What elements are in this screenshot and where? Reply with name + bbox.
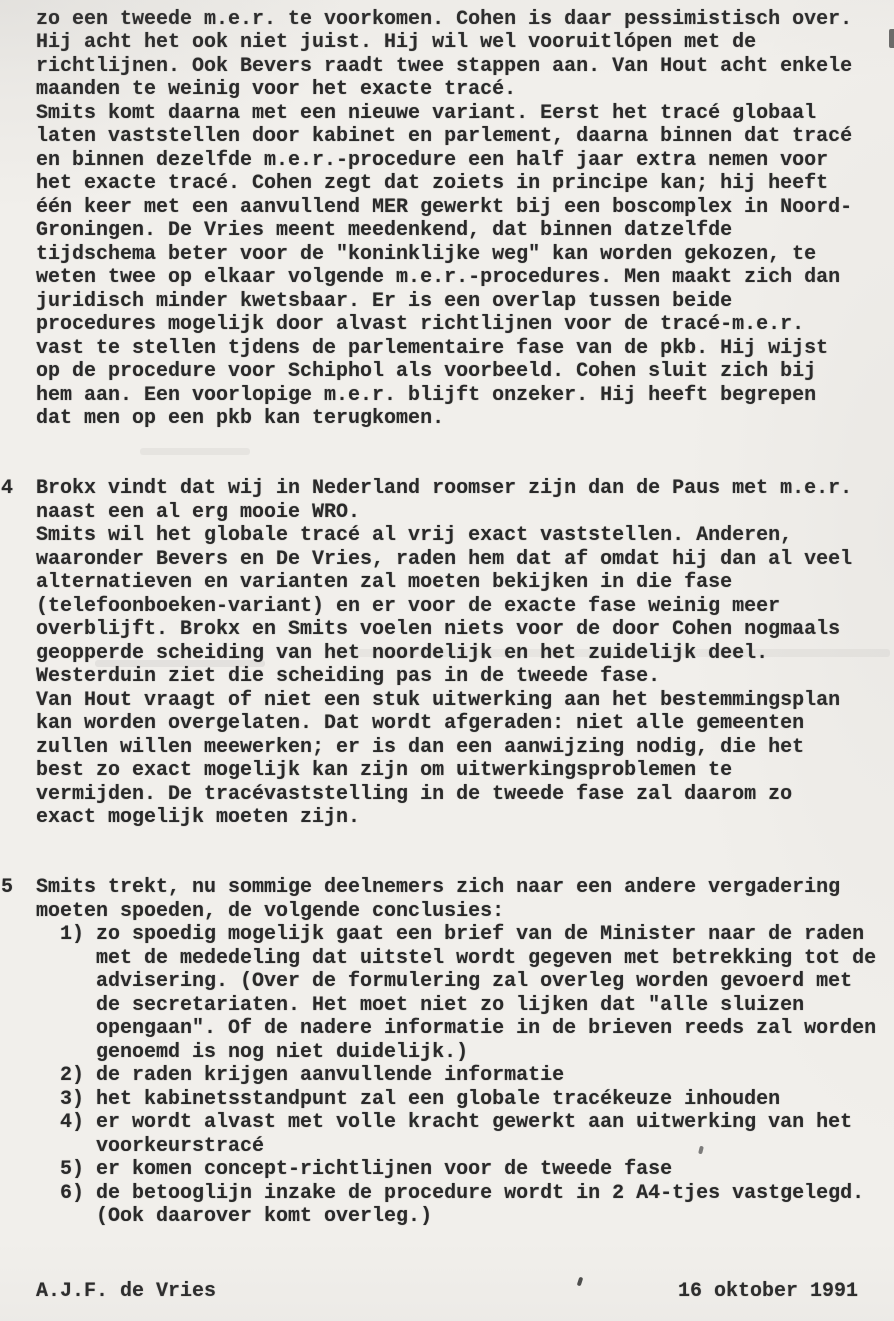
author-name: A.J.F. de Vries <box>36 1280 216 1303</box>
text-line: moeten spoeden, de volgende conclusies: <box>36 900 894 923</box>
text-line: Smits wil het globale tracé al vrij exac… <box>36 524 894 547</box>
scanned-document-page: zo een tweede m.e.r. te voorkomen. Cohen… <box>0 0 894 1321</box>
text-line: juridisch minder kwetsbaar. Er is een ov… <box>36 290 894 313</box>
text-line: laten vaststellen door kabinet en parlem… <box>36 125 894 148</box>
text-line: Smits komt daarna met een nieuwe variant… <box>36 102 894 125</box>
text-line: Van Hout vraagt of niet een stuk uitwerk… <box>36 689 894 712</box>
text-line: (telefoonboeken-variant) en er voor de e… <box>36 595 894 618</box>
document-date: 16 oktober 1991 <box>678 1280 858 1303</box>
text-line: met de mededeling dat uitstel wordt gege… <box>36 947 894 970</box>
text-line: alternatieven en varianten zal moeten be… <box>36 571 894 594</box>
paragraph-lines: Brokx vindt dat wij in Nederland roomser… <box>36 477 894 829</box>
text-line: Groningen. De Vries meent meedenkend, da… <box>36 219 894 242</box>
text-line: het exacte tracé. Cohen zegt dat zoiets … <box>36 172 894 195</box>
text-line: 1) zo spoedig mogelijk gaat een brief va… <box>36 923 894 946</box>
text-line: voorkeurstracé <box>36 1135 894 1158</box>
text-line: vermijden. De tracévaststelling in de tw… <box>36 783 894 806</box>
paragraph: 4Brokx vindt dat wij in Nederland roomse… <box>0 477 894 829</box>
text-line: maanden te weinig voor het exacte tracé. <box>36 78 894 101</box>
text-line: dat men op een pkb kan terugkomen. <box>36 407 894 430</box>
text-line: overblijft. Brokx en Smits voelen niets … <box>36 618 894 641</box>
text-line: de secretariaten. Het moet niet zo lijke… <box>36 994 894 1017</box>
text-line: (Ook daarover komt overleg.) <box>36 1205 894 1228</box>
text-line: hem aan. Een voorlopige m.e.r. blijft on… <box>36 384 894 407</box>
text-line: Smits trekt, nu sommige deelnemers zich … <box>36 876 894 899</box>
text-line: één keer met een aanvullend MER gewerkt … <box>36 196 894 219</box>
text-line: geopperde scheiding van het noordelijk e… <box>36 642 894 665</box>
text-line: richtlijnen. Ook Bevers raadt twee stapp… <box>36 55 894 78</box>
text-line: genoemd is nog niet duidelijk.) <box>36 1041 894 1064</box>
text-line: vast te stellen tjdens de parlementaire … <box>36 337 894 360</box>
text-line: advisering. (Over de formulering zal ove… <box>36 970 894 993</box>
text-line: 2) de raden krijgen aanvullende informat… <box>36 1064 894 1087</box>
text-line: naast een al erg mooie WRO. <box>36 501 894 524</box>
text-line: 4) er wordt alvast met volle kracht gewe… <box>36 1111 894 1134</box>
text-line: Westerduin ziet die scheiding pas in de … <box>36 665 894 688</box>
text-line: weten twee op elkaar volgende m.e.r.-pro… <box>36 266 894 289</box>
text-line: procedures mogelijk door alvast richtlij… <box>36 313 894 336</box>
text-line: 6) de betooglijn inzake de procedure wor… <box>36 1182 894 1205</box>
text-line: 5) er komen concept-richtlijnen voor de … <box>36 1158 894 1181</box>
paragraph: zo een tweede m.e.r. te voorkomen. Cohen… <box>0 8 894 430</box>
paragraph-lines: zo een tweede m.e.r. te voorkomen. Cohen… <box>36 8 894 430</box>
text-line: kan worden overgelaten. Dat wordt afgera… <box>36 712 894 735</box>
text-line: waaronder Bevers en De Vries, raden hem … <box>36 548 894 571</box>
text-line: op de procedure voor Schiphol als voorbe… <box>36 360 894 383</box>
text-line: zullen willen meewerken; er is dan een a… <box>36 736 894 759</box>
text-line: zo een tweede m.e.r. te voorkomen. Cohen… <box>36 8 894 31</box>
signature-line: A.J.F. de Vries 16 oktober 1991 <box>36 1280 858 1303</box>
document-body: zo een tweede m.e.r. te voorkomen. Cohen… <box>0 8 894 1229</box>
text-line: 3) het kabinetsstandpunt zal een globale… <box>36 1088 894 1111</box>
paragraph-lines: Smits trekt, nu sommige deelnemers zich … <box>36 876 894 1228</box>
text-line: best zo exact mogelijk kan zijn om uitwe… <box>36 759 894 782</box>
paragraph-number: 5 <box>1 876 31 899</box>
text-line: exact mogelijk moeten zijn. <box>36 806 894 829</box>
text-line: opengaan". Of de nadere informatie in de… <box>36 1017 894 1040</box>
text-line: tijdschema beter voor de "koninklijke we… <box>36 243 894 266</box>
text-line: Hij acht het ook niet juist. Hij wil wel… <box>36 31 894 54</box>
paragraph-number: 4 <box>1 477 31 500</box>
text-line: Brokx vindt dat wij in Nederland roomser… <box>36 477 894 500</box>
text-line: en binnen dezelfde m.e.r.-procedure een … <box>36 149 894 172</box>
paragraph: 5Smits trekt, nu sommige deelnemers zich… <box>0 876 894 1228</box>
